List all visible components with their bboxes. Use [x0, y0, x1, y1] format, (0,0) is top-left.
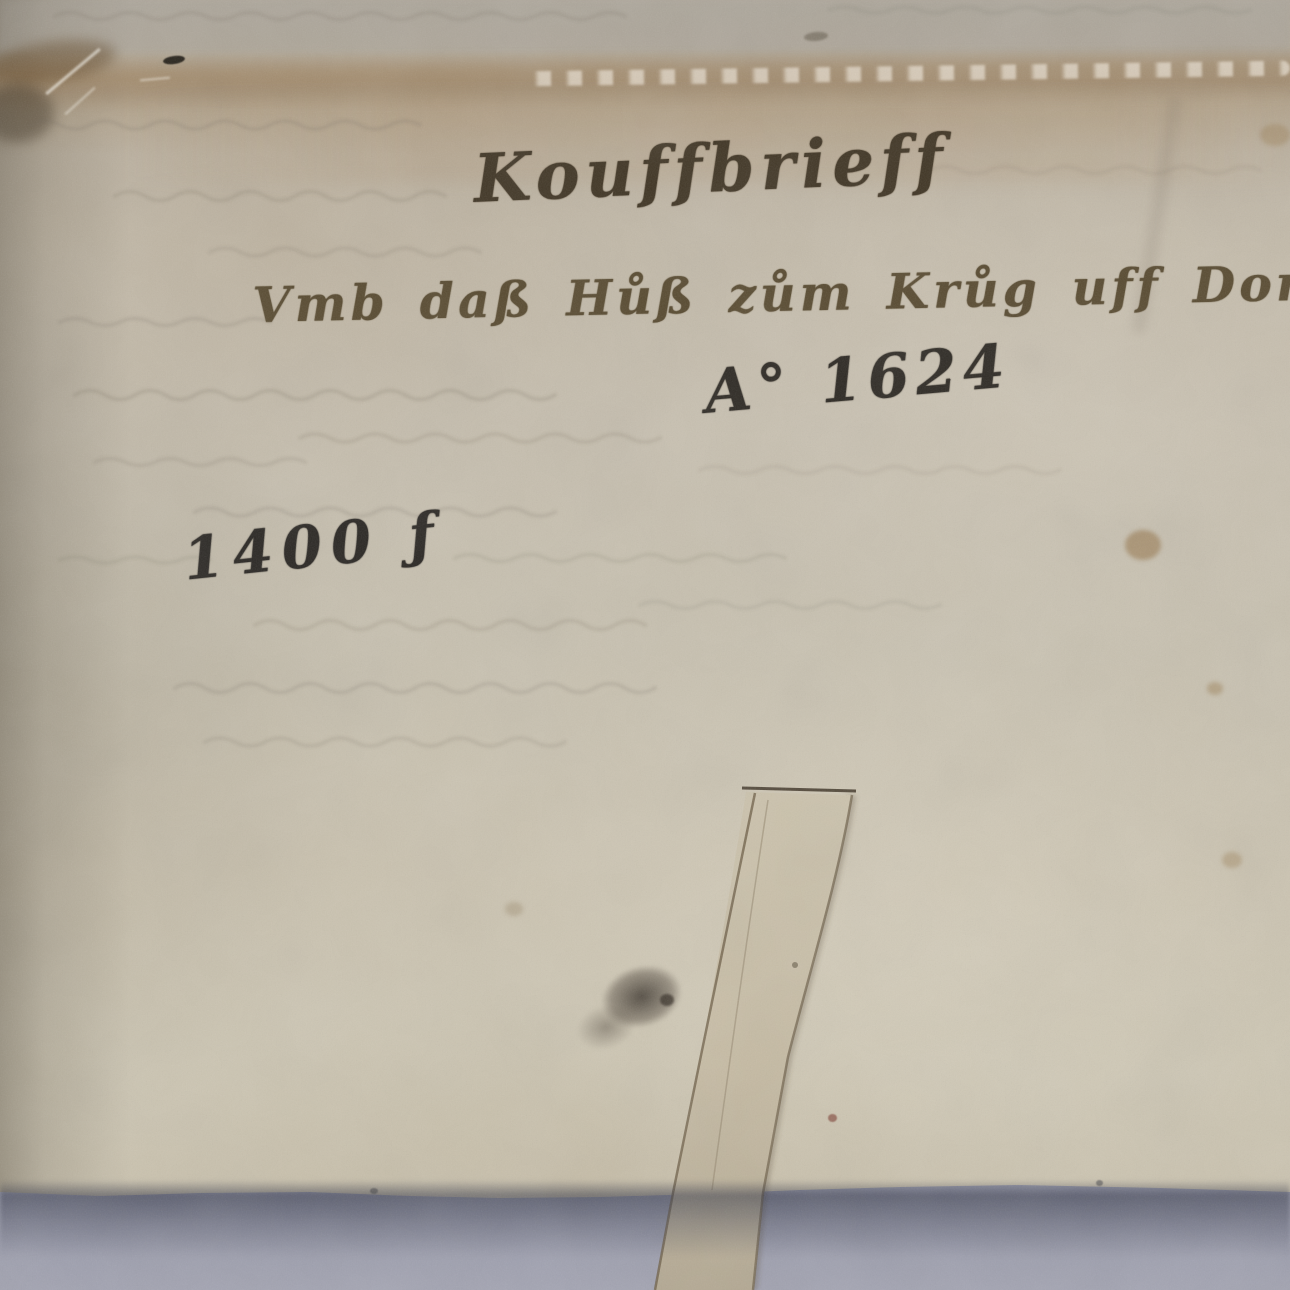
photo-grain-overlay — [0, 0, 1290, 1290]
photo-of-parchment-deed: Kouffbrieff Vmb daß Hůß zům Krůg uff Dor… — [0, 0, 1290, 1290]
